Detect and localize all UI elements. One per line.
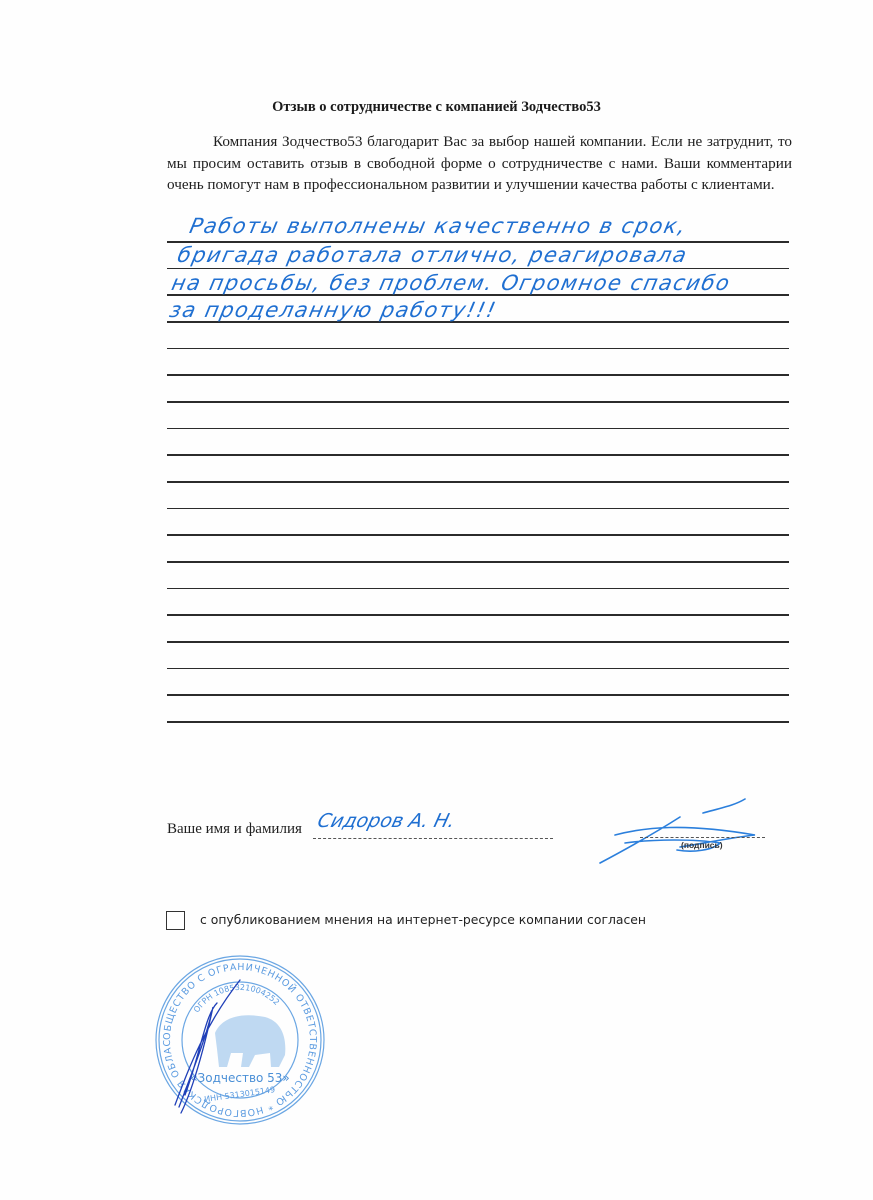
review-line[interactable]: [167, 348, 789, 350]
consent-checkbox[interactable]: [166, 911, 185, 930]
signature-icon: [585, 795, 785, 865]
handwritten-review-line: за проделанную работу!!!: [167, 298, 499, 322]
document-title: Отзыв о сотрудничестве с компанией Зодче…: [0, 99, 873, 116]
review-line[interactable]: [167, 481, 789, 483]
review-line[interactable]: [167, 374, 789, 376]
signature-caption: (подпись): [681, 840, 723, 850]
review-line[interactable]: [167, 401, 789, 403]
review-line[interactable]: [167, 508, 789, 510]
review-line[interactable]: [167, 268, 789, 270]
review-line[interactable]: [167, 614, 789, 616]
svg-text:«Зодчество 53»: «Зодчество 53»: [190, 1071, 290, 1085]
handwritten-review-line: на просьбы, без проблем. Огромное спасиб…: [169, 271, 733, 295]
signature-field[interactable]: [640, 836, 765, 838]
intro-paragraph: Компания Зодчество53 благодарит Вас за в…: [167, 131, 792, 196]
name-label: Ваше имя и фамилия: [167, 821, 302, 838]
review-line[interactable]: [167, 588, 789, 590]
svg-text:ИНН 5313015149: ИНН 5313015149: [204, 1085, 276, 1104]
review-line[interactable]: [167, 641, 789, 643]
review-line[interactable]: [167, 721, 789, 723]
name-field[interactable]: [313, 837, 553, 839]
svg-text:ОГРН 1085321004252: ОГРН 1085321004252: [192, 983, 281, 1014]
review-line[interactable]: [167, 694, 789, 696]
consent-label: с опубликованием мнения на интернет-ресу…: [200, 912, 646, 927]
review-line[interactable]: [167, 668, 789, 670]
review-line[interactable]: [167, 428, 789, 430]
handwritten-name: Сидоров А. Н.: [315, 810, 457, 832]
review-form-page: Отзыв о сотрудничестве с компанией Зодче…: [0, 0, 873, 1200]
handwritten-review-line: Работы выполнены качественно в срок,: [187, 214, 689, 238]
handwritten-review-line: бригада работала отлично, реагировала: [175, 243, 690, 267]
review-line[interactable]: [167, 454, 789, 456]
review-line[interactable]: [167, 561, 789, 563]
review-line[interactable]: [167, 534, 789, 536]
company-stamp-icon: ОБЩЕСТВО С ОГРАНИЧЕННОЙ ОТВЕТСТВЕННОСТЬЮ…: [145, 945, 335, 1135]
